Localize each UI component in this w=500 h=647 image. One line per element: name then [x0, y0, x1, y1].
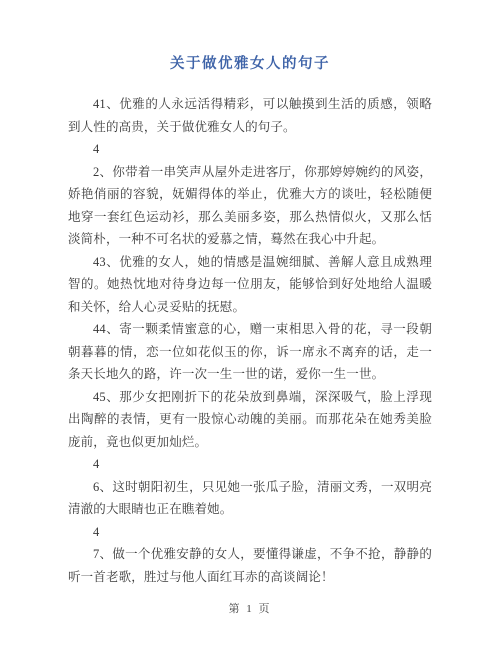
document-page: 关于做优雅女人的句子 41、优雅的人永远活得精彩，可以触摸到生活的质感，领略到人… [0, 0, 500, 647]
paragraph-44: 44、寄一颗柔情蜜意的心，赠一束相思入骨的花，寻一段朝朝暮暮的情，恋一位如花似玉… [68, 318, 432, 386]
paragraph-digit: 4 [68, 453, 432, 476]
page-number: 第 1 页 [0, 600, 500, 616]
paragraph-43: 43、优雅的女人，她的情感是温婉细腻、善解人意且成熟理智的。她热忱地对待身边每一… [68, 251, 432, 319]
paragraph-7: 7、做一个优雅安静的女人，要懂得谦虚，不争不抢，静静的听一首老歌，胜过与他人面红… [68, 543, 432, 588]
document-body: 41、优雅的人永远活得精彩，可以触摸到生活的质感，领略到人性的高贵，关于做优雅女… [68, 93, 432, 588]
paragraph-41: 41、优雅的人永远活得精彩，可以触摸到生活的质感，领略到人性的高贵，关于做优雅女… [68, 93, 432, 138]
paragraph-2: 2、你带着一串笑声从屋外走进客厅，你那婷婷婉约的风姿，娇艳俏丽的容貌，妩媚得体的… [68, 161, 432, 251]
paragraph-6: 6、这时朝阳初生，只见她一张瓜子脸，清丽文秀，一双明亮清澈的大眼睛也正在瞧着她。 [68, 476, 432, 521]
paragraph-45: 45、那少女把刚折下的花朵放到鼻端，深深吸气，脸上浮现出陶醉的表情，更有一股惊心… [68, 386, 432, 454]
page-title: 关于做优雅女人的句子 [68, 56, 432, 72]
paragraph-digit: 4 [68, 521, 432, 544]
paragraph-digit: 4 [68, 138, 432, 161]
